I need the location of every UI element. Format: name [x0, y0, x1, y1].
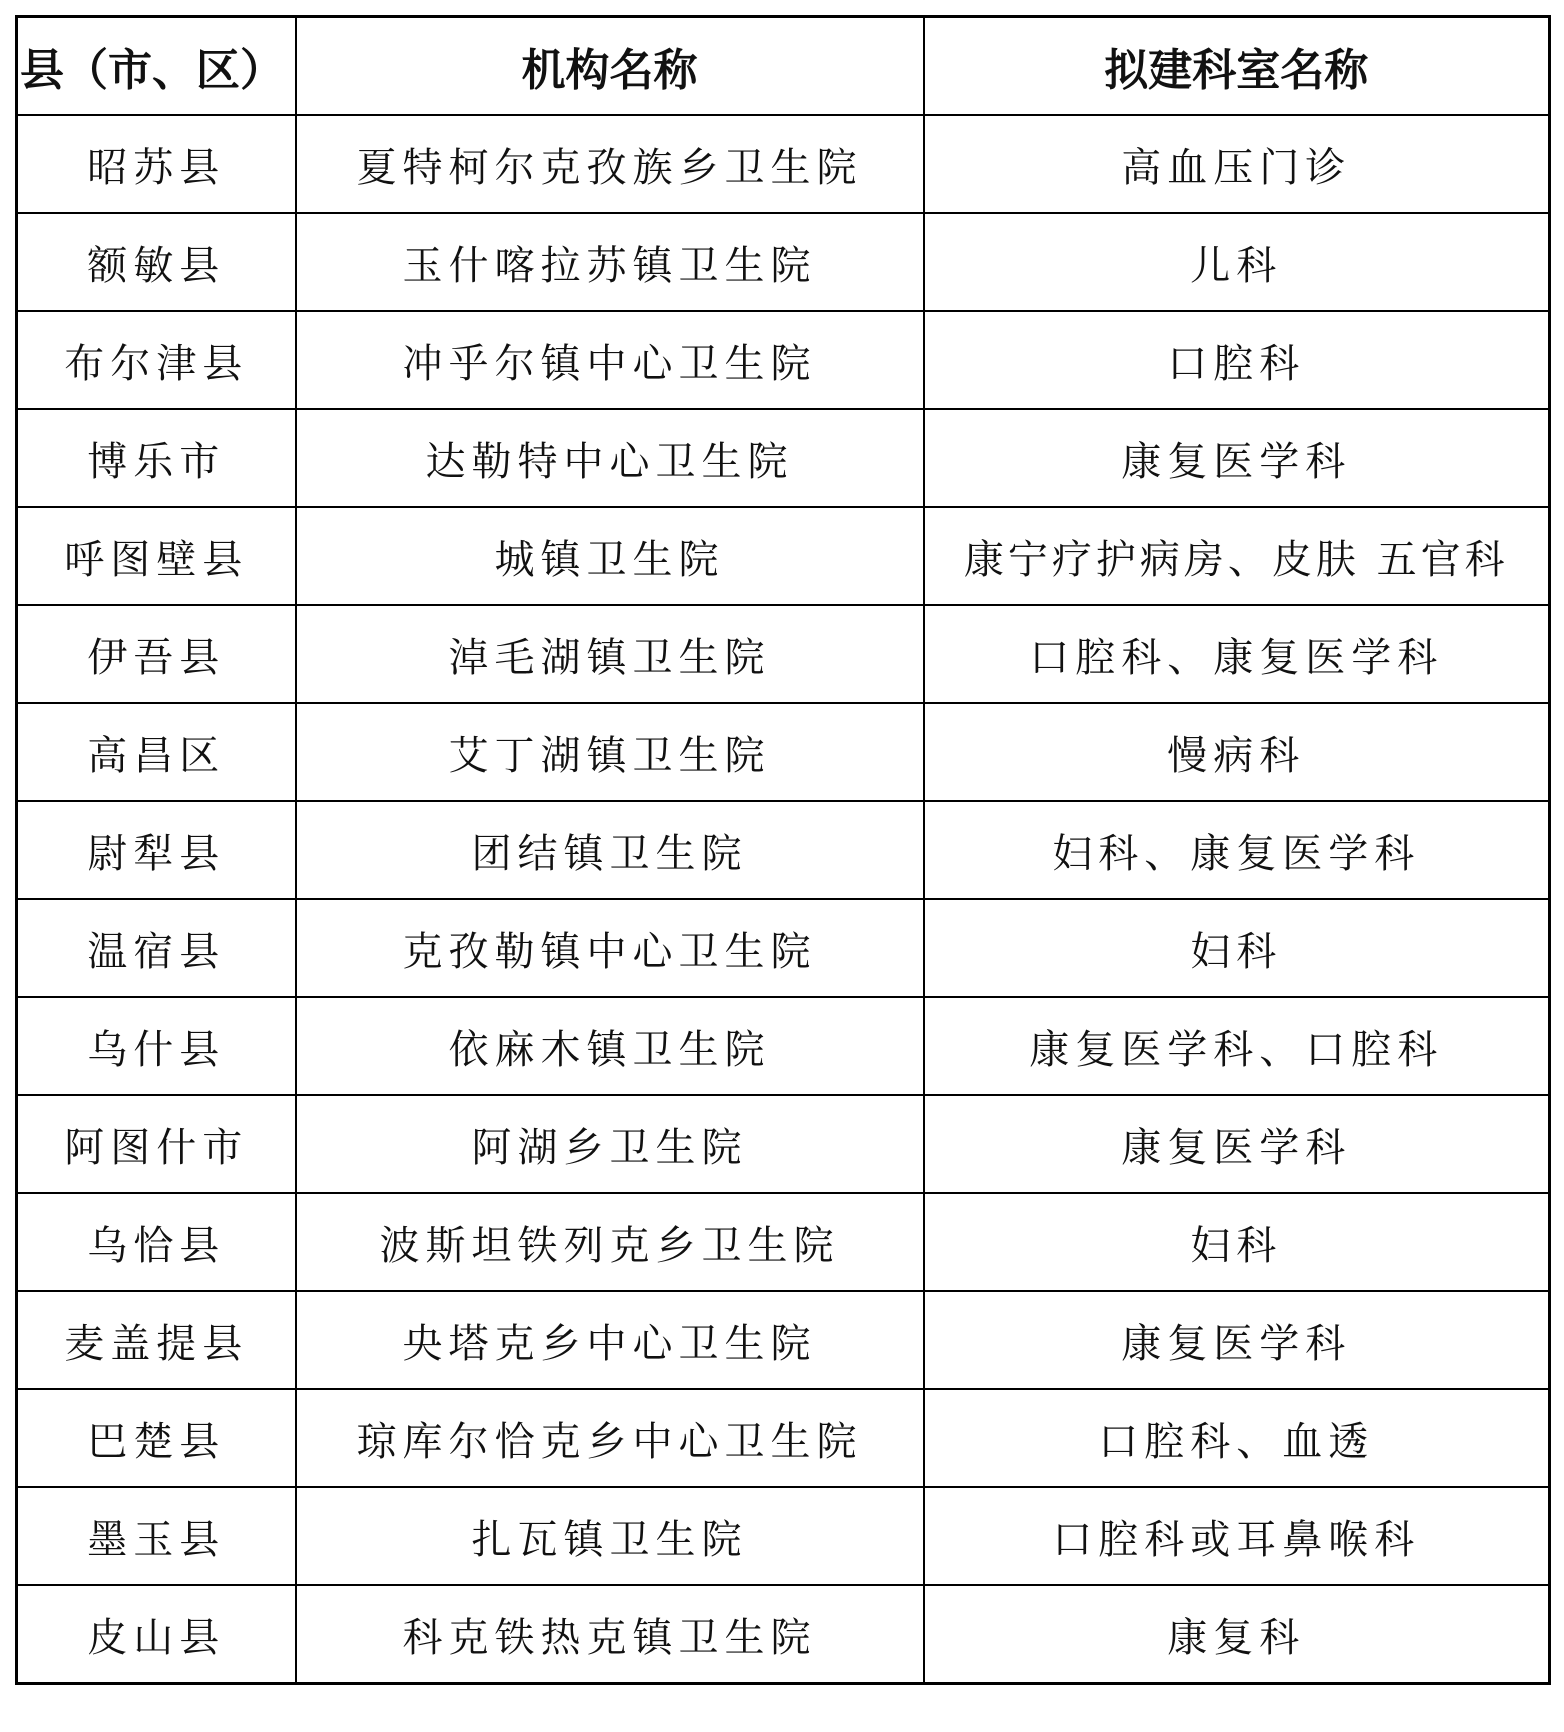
table-row: 布尔津县 冲乎尔镇中心卫生院 口腔科	[17, 311, 1550, 409]
cell-institution: 扎瓦镇卫生院	[296, 1487, 924, 1585]
table-row: 墨玉县 扎瓦镇卫生院 口腔科或耳鼻喉科	[17, 1487, 1550, 1585]
cell-county: 博乐市	[17, 409, 296, 507]
cell-institution: 科克铁热克镇卫生院	[296, 1585, 924, 1684]
cell-county: 伊吾县	[17, 605, 296, 703]
header-institution: 机构名称	[296, 17, 924, 116]
cell-department: 慢病科	[924, 703, 1550, 801]
cell-institution: 艾丁湖镇卫生院	[296, 703, 924, 801]
cell-department: 康复科	[924, 1585, 1550, 1684]
cell-department: 口腔科	[924, 311, 1550, 409]
table-body: 昭苏县 夏特柯尔克孜族乡卫生院 高血压门诊 额敏县 玉什喀拉苏镇卫生院 儿科 布…	[17, 115, 1550, 1684]
cell-county: 温宿县	[17, 899, 296, 997]
table-row: 温宿县 克孜勒镇中心卫生院 妇科	[17, 899, 1550, 997]
cell-county: 高昌区	[17, 703, 296, 801]
table-row: 伊吾县 淖毛湖镇卫生院 口腔科、康复医学科	[17, 605, 1550, 703]
table-row: 乌什县 依麻木镇卫生院 康复医学科、口腔科	[17, 997, 1550, 1095]
cell-county: 昭苏县	[17, 115, 296, 213]
cell-department: 儿科	[924, 213, 1550, 311]
table-header: 县（市、区） 机构名称 拟建科室名称	[17, 17, 1550, 116]
table-row: 乌恰县 波斯坦铁列克乡卫生院 妇科	[17, 1193, 1550, 1291]
cell-institution: 团结镇卫生院	[296, 801, 924, 899]
header-department: 拟建科室名称	[924, 17, 1550, 116]
cell-county: 尉犁县	[17, 801, 296, 899]
cell-county: 乌恰县	[17, 1193, 296, 1291]
cell-county: 阿图什市	[17, 1095, 296, 1193]
cell-institution: 淖毛湖镇卫生院	[296, 605, 924, 703]
cell-institution: 夏特柯尔克孜族乡卫生院	[296, 115, 924, 213]
cell-institution: 依麻木镇卫生院	[296, 997, 924, 1095]
cell-institution: 波斯坦铁列克乡卫生院	[296, 1193, 924, 1291]
table-row: 高昌区 艾丁湖镇卫生院 慢病科	[17, 703, 1550, 801]
cell-department: 康复医学科	[924, 1291, 1550, 1389]
cell-department: 康复医学科、口腔科	[924, 997, 1550, 1095]
cell-county: 乌什县	[17, 997, 296, 1095]
cell-institution: 阿湖乡卫生院	[296, 1095, 924, 1193]
cell-department: 康复医学科	[924, 409, 1550, 507]
cell-department: 康复医学科	[924, 1095, 1550, 1193]
cell-county: 墨玉县	[17, 1487, 296, 1585]
table-row: 博乐市 达勒特中心卫生院 康复医学科	[17, 409, 1550, 507]
table-row: 巴楚县 琼库尔恰克乡中心卫生院 口腔科、血透	[17, 1389, 1550, 1487]
cell-county: 额敏县	[17, 213, 296, 311]
cell-institution: 城镇卫生院	[296, 507, 924, 605]
cell-institution: 克孜勒镇中心卫生院	[296, 899, 924, 997]
cell-department: 康宁疗护病房、皮肤 五官科	[924, 507, 1550, 605]
cell-institution: 冲乎尔镇中心卫生院	[296, 311, 924, 409]
cell-department: 妇科	[924, 1193, 1550, 1291]
cell-institution: 玉什喀拉苏镇卫生院	[296, 213, 924, 311]
cell-county: 巴楚县	[17, 1389, 296, 1487]
table-row: 尉犁县 团结镇卫生院 妇科、康复医学科	[17, 801, 1550, 899]
cell-department: 妇科	[924, 899, 1550, 997]
cell-county: 麦盖提县	[17, 1291, 296, 1389]
cell-department: 口腔科或耳鼻喉科	[924, 1487, 1550, 1585]
table-row: 昭苏县 夏特柯尔克孜族乡卫生院 高血压门诊	[17, 115, 1550, 213]
cell-department: 口腔科、血透	[924, 1389, 1550, 1487]
table-row: 呼图壁县 城镇卫生院 康宁疗护病房、皮肤 五官科	[17, 507, 1550, 605]
cell-institution: 琼库尔恰克乡中心卫生院	[296, 1389, 924, 1487]
header-row: 县（市、区） 机构名称 拟建科室名称	[17, 17, 1550, 116]
cell-institution: 央塔克乡中心卫生院	[296, 1291, 924, 1389]
cell-county: 布尔津县	[17, 311, 296, 409]
clinic-department-table: 县（市、区） 机构名称 拟建科室名称 昭苏县 夏特柯尔克孜族乡卫生院 高血压门诊…	[15, 15, 1551, 1685]
cell-department: 高血压门诊	[924, 115, 1550, 213]
table-row: 额敏县 玉什喀拉苏镇卫生院 儿科	[17, 213, 1550, 311]
table-row: 皮山县 科克铁热克镇卫生院 康复科	[17, 1585, 1550, 1684]
cell-department: 妇科、康复医学科	[924, 801, 1550, 899]
table-row: 麦盖提县 央塔克乡中心卫生院 康复医学科	[17, 1291, 1550, 1389]
table-row: 阿图什市 阿湖乡卫生院 康复医学科	[17, 1095, 1550, 1193]
cell-county: 呼图壁县	[17, 507, 296, 605]
cell-institution: 达勒特中心卫生院	[296, 409, 924, 507]
cell-county: 皮山县	[17, 1585, 296, 1684]
cell-department: 口腔科、康复医学科	[924, 605, 1550, 703]
header-county: 县（市、区）	[17, 17, 296, 116]
